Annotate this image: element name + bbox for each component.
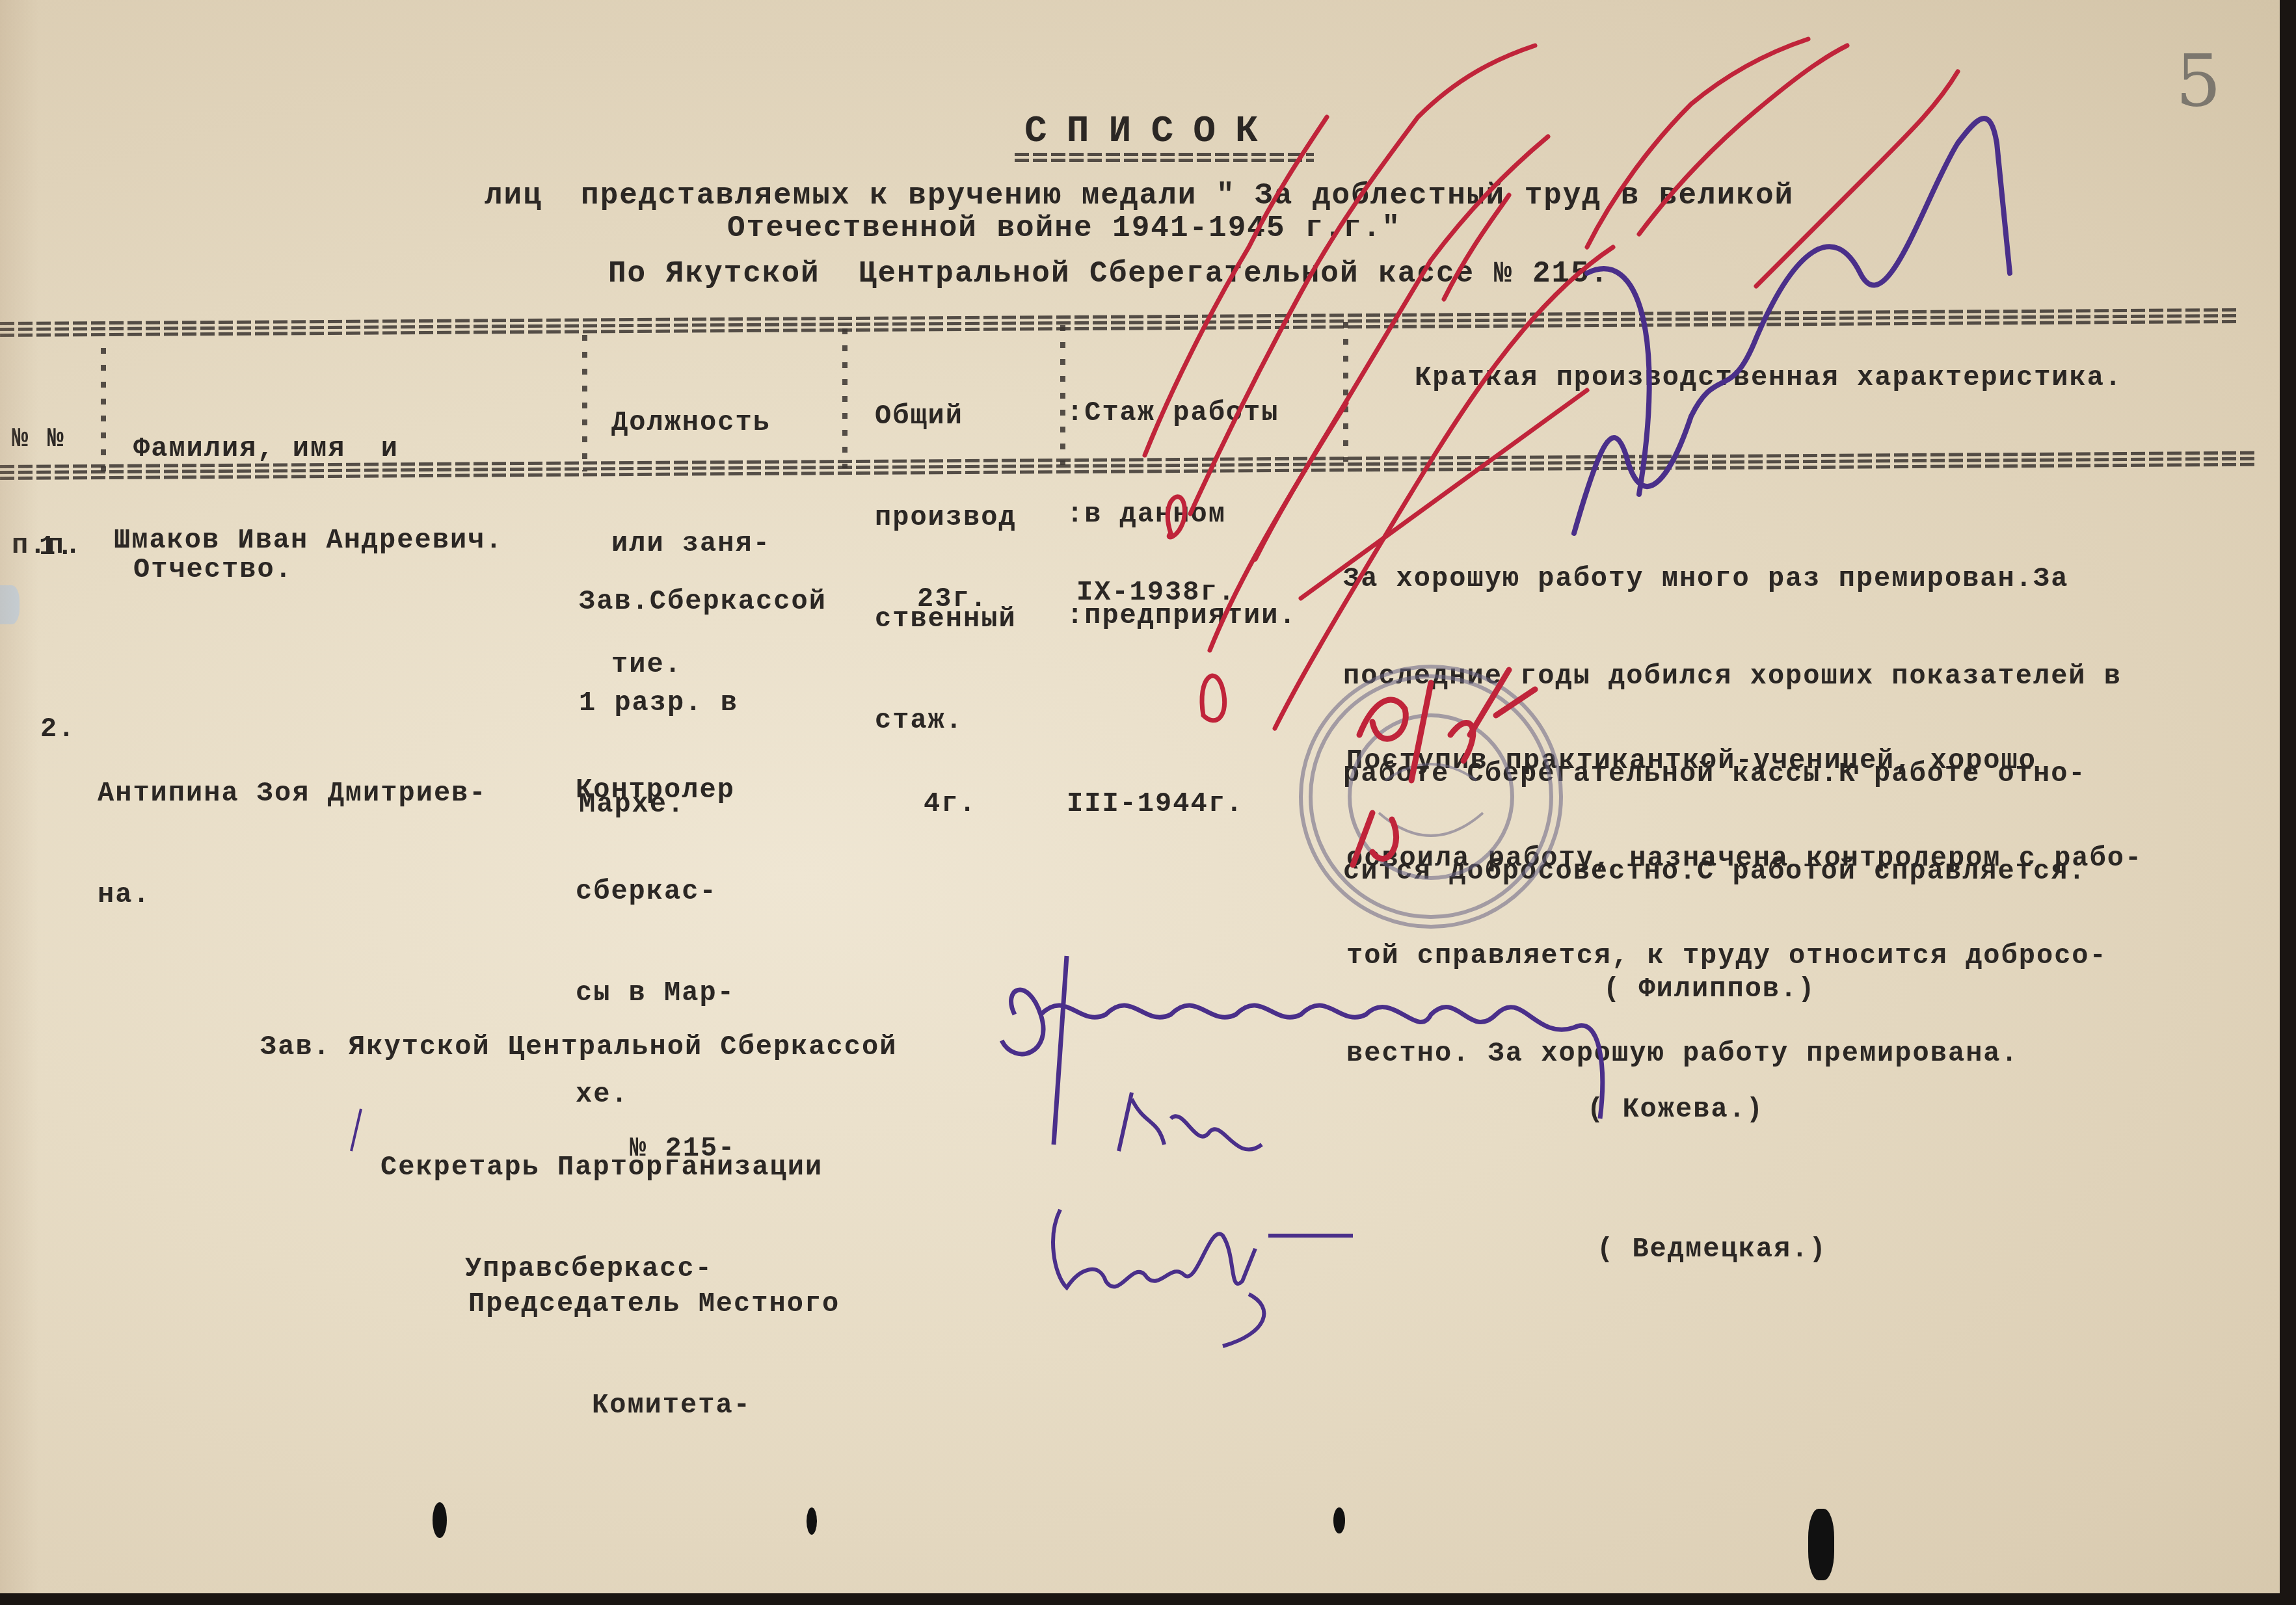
column-separator: [582, 335, 587, 471]
scan-edge-bottom: [0, 1593, 2296, 1605]
column-separator: [1060, 325, 1065, 465]
page-number: 5: [2176, 39, 2221, 122]
row-name: Шмаков Иван Андреевич.: [114, 524, 503, 557]
header-total-experience: Общий производ ственный стаж.: [875, 332, 1017, 805]
row-number: 1.: [39, 530, 74, 564]
tape-fragment: [0, 585, 20, 624]
signatory-name: ( Филиппов.): [1603, 972, 1815, 1006]
signature-kozheva-icon: [1119, 1093, 1262, 1151]
header-characteristic: Краткая производственная характеристика.: [1415, 361, 2122, 395]
punch-hole: [1808, 1509, 1834, 1580]
row-experience-here: III-1944г.: [1067, 787, 1244, 821]
row-characteristic: Поступив практиканткой-ученицей, хорошо …: [1346, 680, 2142, 1135]
signature-vedmetskaya-icon: [1053, 1210, 1353, 1346]
title-underline: [1015, 153, 1314, 165]
punch-hole: [807, 1507, 817, 1535]
row-experience-here: IX-1938г.: [1076, 576, 1236, 609]
scan-edge-right: [2280, 0, 2296, 1605]
subtitle-line-3: По Якутской Центральной Сберегательной к…: [608, 257, 1609, 291]
signatory-name: ( Кожева.): [1587, 1093, 1764, 1126]
subtitle-line-1: лиц представляемых к вручению медали " З…: [485, 179, 1794, 213]
header-experience-here: :Стаж работы :в данном :предприятии.: [1067, 328, 1297, 700]
subtitle-line-2: Отечественной войне 1941-1945 г.г.": [727, 211, 1401, 245]
header-num: № № п.п.: [12, 354, 83, 630]
punch-hole: [433, 1502, 447, 1538]
punch-hole: [1333, 1507, 1345, 1533]
row-total-experience: 4г.: [924, 787, 977, 821]
column-separator: [1343, 322, 1348, 462]
header-name: Фамилия, имя и Отчество.: [133, 364, 399, 654]
column-separator: [101, 348, 106, 471]
document-title: СПИСОК: [1024, 111, 1277, 153]
row-total-experience: 23г.: [917, 582, 988, 616]
row-name: Антипина Зоя Дмитриев- на.: [98, 709, 487, 979]
signatory-title: Председатель Местного Комитета-: [468, 1219, 840, 1490]
signatory-name: ( Ведмецкая.): [1597, 1232, 1827, 1266]
column-separator: [842, 328, 848, 468]
document-sheet: 5 СПИСОК лиц представляемых к вручению м…: [0, 0, 2280, 1593]
row-number: 2.: [40, 712, 75, 746]
